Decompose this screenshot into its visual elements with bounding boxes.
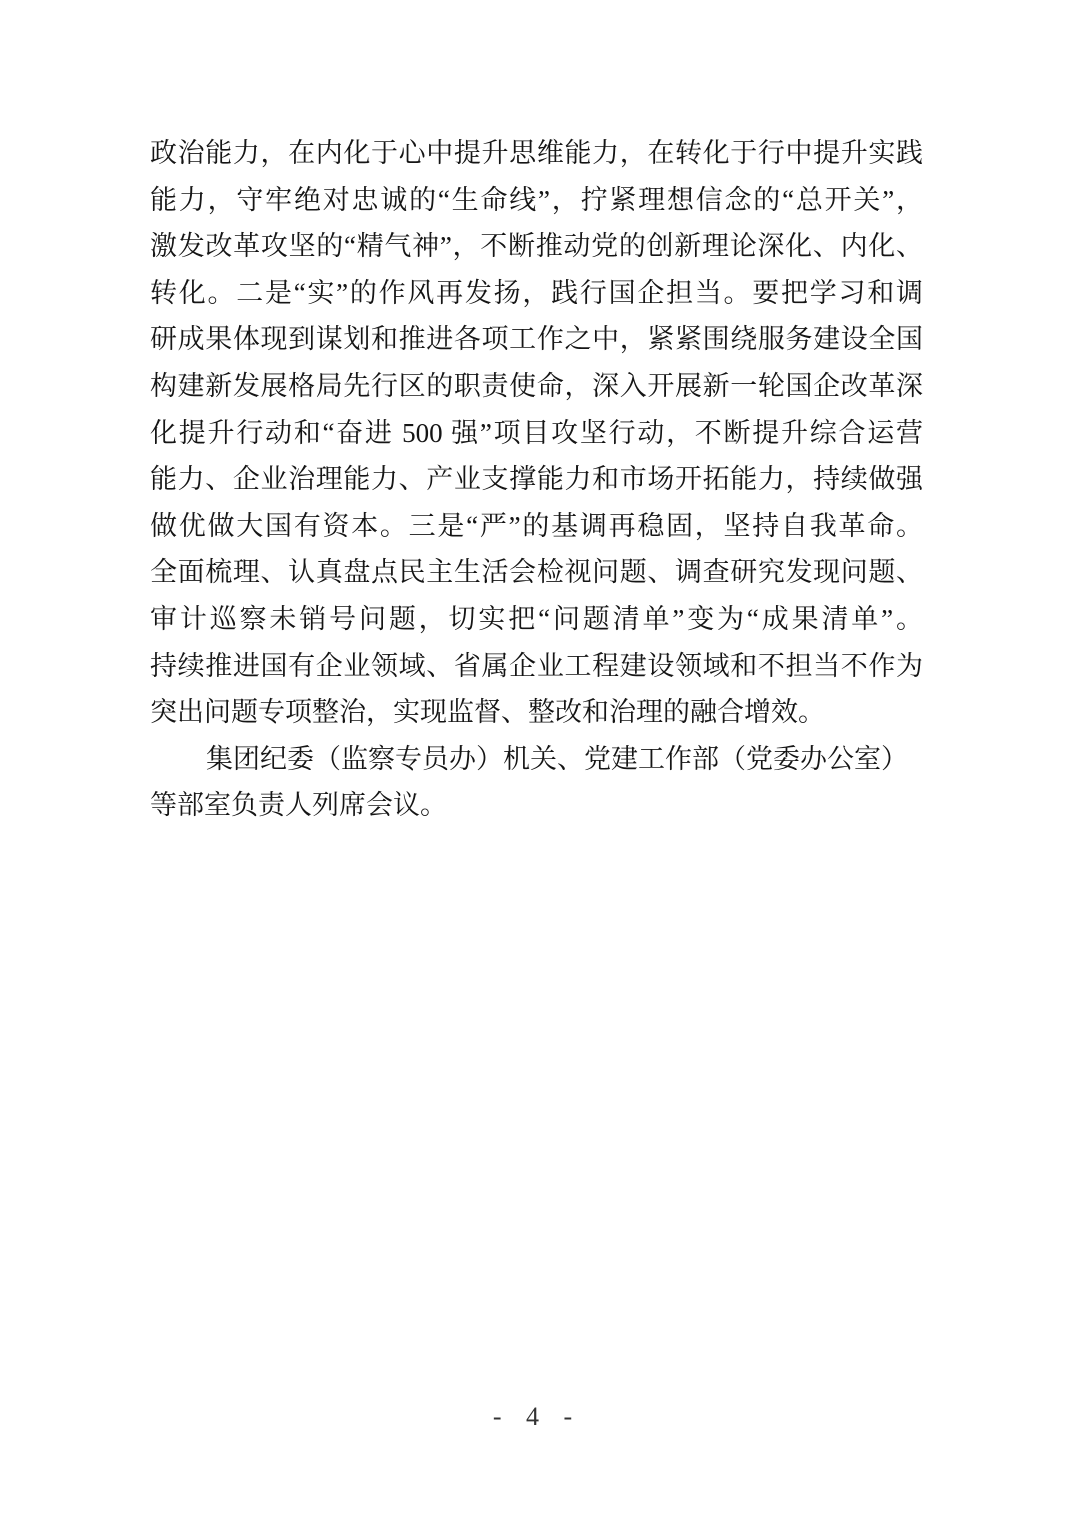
- body-line-paragraph-end: 突出问题专项整治，实现监督、整改和治理的融合增效。: [150, 689, 923, 736]
- body-line: 政治能力，在内化于心中提升思维能力，在转化于行中提升实践: [150, 130, 923, 177]
- body-line: 转化。二是“实”的作风再发扬，践行国企担当。要把学习和调: [150, 270, 923, 317]
- body-line: 化提升行动和“奋进 500 强”项目攻坚行动，不断提升综合运营: [150, 410, 923, 457]
- body-line: 研成果体现到谋划和推进各项工作之中，紧紧围绕服务建设全国: [150, 316, 923, 363]
- body-line: 做优做大国有资本。三是“严”的基调再稳固，坚持自我革命。: [150, 503, 923, 550]
- body-line: 能力，守牢绝对忠诚的“生命线”，拧紧理想信念的“总开关”，: [150, 177, 923, 224]
- body-line: 持续推进国有企业领域、省属企业工程建设领域和不担当不作为: [150, 643, 923, 690]
- body-line: 全面梳理、认真盘点民主生活会检视问题、调查研究发现问题、: [150, 549, 923, 596]
- body-line: 审计巡察未销号问题，切实把“问题清单”变为“成果清单”。: [150, 596, 923, 643]
- body-line-paragraph-end: 等部室负责人列席会议。: [150, 782, 923, 829]
- body-line: 激发改革攻坚的“精气神”，不断推动党的创新理论深化、内化、: [150, 223, 923, 270]
- body-text-block: 政治能力，在内化于心中提升思维能力，在转化于行中提升实践 能力，守牢绝对忠诚的“…: [150, 130, 923, 829]
- page-number: - 4 -: [0, 1402, 1074, 1432]
- body-line-paragraph-start: 集团纪委（监察专员办）机关、党建工作部（党委办公室）: [150, 736, 923, 783]
- body-line: 能力、企业治理能力、产业支撑能力和市场开拓能力，持续做强: [150, 456, 923, 503]
- body-line: 构建新发展格局先行区的职责使命，深入开展新一轮国企改革深: [150, 363, 923, 410]
- document-page: 政治能力，在内化于心中提升思维能力，在转化于行中提升实践 能力，守牢绝对忠诚的“…: [0, 0, 1074, 1520]
